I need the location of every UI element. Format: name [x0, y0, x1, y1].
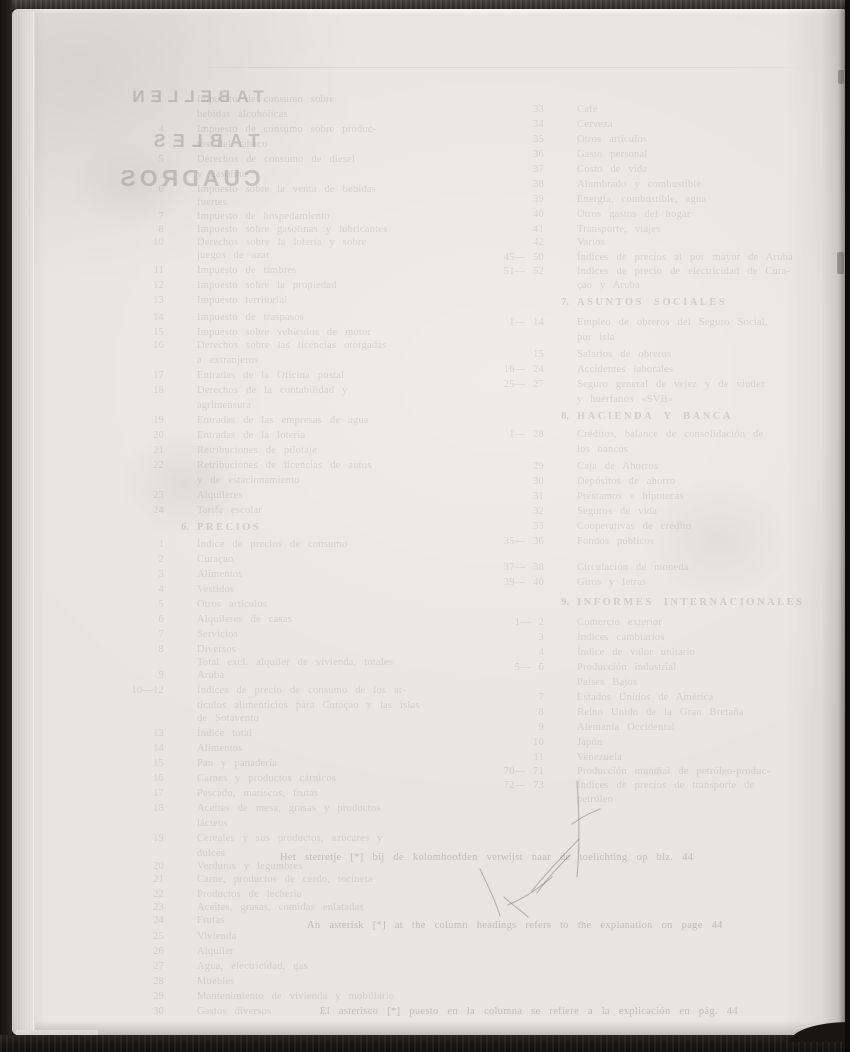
- ghost-table-number: 16: [109, 340, 164, 352]
- ghost-table-number: 41: [489, 224, 544, 236]
- ghost-text-line: 23Alquileres: [197, 490, 459, 502]
- ghost-text-line: 21Carne, productos de cerdo, tocineta: [197, 874, 459, 886]
- ghost-table-number: 3: [489, 632, 544, 644]
- ghost-line-text: Índices de precio de electricidad de Cur…: [577, 266, 790, 277]
- ghost-text-line: fuertes: [197, 197, 459, 209]
- ghost-table-number: 21: [109, 445, 164, 457]
- ghost-text-line: 6Impuesto sobre la venta de bebidas: [197, 184, 459, 196]
- ghost-table-number: 9.: [549, 597, 569, 609]
- ghost-line-text: Gastos diversos: [197, 1006, 271, 1017]
- ghost-table-number: 14: [109, 743, 164, 755]
- ghost-table-number: 13: [109, 295, 164, 307]
- ghost-text-line: 11Venezuela: [577, 752, 845, 764]
- ghost-text-line: 24Tarifa escolar: [197, 505, 459, 517]
- ghost-text-line: 11Impuesto de timbres: [197, 265, 459, 277]
- ghost-table-number: 11: [109, 265, 164, 277]
- ghost-line-text: Impuesto sobre vehículos de motor: [197, 327, 371, 338]
- ghost-line-text: Alquileres: [197, 490, 243, 501]
- ghost-text-line: 45— 50Índices de precios al por mayor de…: [577, 252, 845, 264]
- ghost-line-text: los bancos: [577, 444, 628, 455]
- ghost-text-line: 1— 28Créditos, balance de consolidación …: [577, 429, 845, 441]
- ghost-line-text: Índice de valor unitario: [577, 647, 695, 658]
- ghost-line-text: Producción industrial: [577, 662, 676, 673]
- ghost-line-text: Servicios: [197, 629, 238, 640]
- ghost-text-line: agrimensura: [197, 400, 459, 412]
- ghost-text-line: 1Índice de precios de consumo: [197, 539, 459, 551]
- ghost-line-text: Cerveza: [577, 119, 613, 130]
- book-cover-bottom-edge: [0, 1035, 850, 1052]
- ghost-table-number: 27: [109, 961, 164, 973]
- ghost-line-text: Impuesto de timbres: [197, 265, 297, 276]
- ghost-table-number: 18: [109, 803, 164, 815]
- ghost-text-line: 10Derechos sobre la lotería y sobre: [197, 237, 459, 249]
- ghost-line-text: Energía, combustible, agua: [577, 194, 706, 205]
- ghost-line-text: Créditos, balance de consolidación de: [577, 429, 763, 440]
- ghost-table-number: 6.: [169, 522, 189, 534]
- ghost-line-text: bebidas alcohólicas: [197, 109, 288, 120]
- ghost-text-line: 35Otros artículos: [577, 134, 845, 146]
- ghost-text-line: 20Entradas de la lotería: [197, 430, 459, 442]
- ghost-table-number: 8.: [549, 411, 569, 423]
- ghost-table-number: 1— 14: [489, 317, 544, 329]
- ghost-line-text: Depósitos de ahorro: [577, 476, 675, 487]
- ghost-table-number: 39— 40: [489, 577, 544, 589]
- page-edge-notch: [837, 252, 844, 274]
- ghost-line-text: Impuesto de traspasos: [197, 312, 304, 323]
- ghost-table-number: 12: [109, 280, 164, 292]
- ghost-text-line: juegos de azar: [197, 250, 459, 262]
- ghost-text-line: 18Derechos de la contabilidad y: [197, 385, 459, 397]
- ghost-table-number: 45— 50: [489, 252, 544, 264]
- ghost-table-number: 35— 36: [489, 536, 544, 548]
- ghost-line-text: Impuesto territorial: [197, 295, 287, 306]
- ghost-line-text: Circulación de moneda: [577, 562, 689, 573]
- ghost-table-number: 15: [109, 327, 164, 339]
- ghost-text-line: 29Caja de Ahorros: [577, 461, 845, 473]
- ghost-line-text: Pan y panadería: [197, 758, 277, 769]
- ghost-text-line: 39— 40Giros y letras: [577, 577, 845, 589]
- ghost-line-text: Derechos de la contabilidad y: [197, 385, 348, 396]
- ghost-line-text: Reino Unido de la Gran Bretaña: [577, 707, 744, 718]
- ghost-line-text: Gasto personal: [577, 149, 648, 160]
- ghost-line-text: a extranjeros: [197, 355, 259, 366]
- ghost-text-line: 16— 24Accidentes laborales: [577, 364, 845, 376]
- ghost-table-number: 11: [489, 752, 544, 764]
- ghost-table-number: 40: [489, 209, 544, 221]
- ghost-table-number: 38: [489, 179, 544, 191]
- ghost-line-text: INFORMES INTERNACIONALES: [577, 597, 804, 608]
- ghost-line-text: Total excl. alquiler de vivienda, totale…: [197, 657, 393, 668]
- ghost-text-line: 7Impuesto de hospedamiento: [197, 211, 459, 223]
- ghost-text-line: lácteos: [197, 818, 459, 830]
- ghost-table-number: 15: [489, 349, 544, 361]
- ghost-text-line: 15Salarios de obreros: [577, 349, 845, 361]
- ghost-line-text: tos del tabaco: [197, 139, 268, 150]
- ghost-text-line: 14Alimentos: [197, 743, 459, 755]
- ghost-line-text: Comercio exterior: [577, 617, 662, 628]
- ghost-text-line: 8Reino Unido de la Gran Bretaña: [577, 707, 845, 719]
- ghost-table-number: 3: [109, 569, 164, 581]
- ghost-table-number: 39: [489, 194, 544, 206]
- ghost-table-number: 22: [109, 460, 164, 472]
- ghost-text-line: 3Alimentos: [197, 569, 459, 581]
- ghost-table-number: 7: [109, 211, 164, 223]
- ghost-line-text: fuertes: [197, 197, 227, 208]
- ghost-line-text: Impuesto sobre la propiedad: [197, 280, 337, 291]
- ghost-text-line: los bancos: [577, 444, 845, 456]
- ghost-table-number: 19: [109, 415, 164, 427]
- ghost-line-text: Empleo de obreros del Seguro Social,: [577, 317, 768, 328]
- ghost-line-text: Costo de vida: [577, 164, 647, 175]
- ghost-section-header: 7.ASUNTOS SOCIALES: [577, 297, 845, 309]
- ghost-section-header: 9.INFORMES INTERNACIONALES: [577, 597, 845, 609]
- ghost-line-text: Varios: [577, 237, 605, 248]
- ghost-line-text: Giros y letras: [577, 577, 646, 588]
- ghost-line-text: Alquileres de casas: [197, 614, 292, 625]
- ghost-table-number: 9: [109, 670, 164, 682]
- pencil-scribble: [452, 764, 652, 934]
- ghost-text-line: 36Gasto personal: [577, 149, 845, 161]
- ghost-table-number: 51— 52: [489, 266, 544, 278]
- ghost-line-text: Entradas de la lotería: [197, 430, 305, 441]
- ghost-line-text: Derechos de consumo de diesel: [197, 154, 355, 165]
- ghost-table-number: 1— 28: [489, 429, 544, 441]
- ghost-line-text: lácteos: [197, 818, 228, 829]
- ghost-text-line: 33Cooperativas de crédito: [577, 521, 845, 533]
- ghost-line-text: Impuesto sobre la venta de bebidas: [197, 184, 376, 195]
- ghost-table-number: 35: [489, 134, 544, 146]
- ghost-line-text: Productos de lechería: [197, 889, 302, 900]
- page-edge-stack: [12, 11, 35, 1035]
- ghost-text-line: 16Carnes y productos cárnicos: [197, 773, 459, 785]
- ghost-text-line: bebidas alcohólicas: [197, 109, 459, 121]
- blank-page: TABELLENTABLESCUADROS Impuesto de consum…: [12, 9, 845, 1035]
- ghost-text-line: 2Curaçao: [197, 554, 459, 566]
- ghost-line-text: Aceites de mesa, grasas y productos: [197, 803, 381, 814]
- ghost-table-number: 10—12: [109, 685, 164, 697]
- page-crease: [184, 67, 820, 68]
- ghost-table-number: 29: [489, 461, 544, 473]
- ghost-text-line: 38Alumbrado y combustible: [577, 179, 845, 191]
- ghost-text-line: 39Energía, combustible, agua: [577, 194, 845, 206]
- ghost-line-text: Japón: [577, 737, 603, 748]
- ghost-table-number: 14: [109, 312, 164, 324]
- ghost-text-line: 19Entradas de las empresas de agua: [197, 415, 459, 427]
- ghost-line-text: dulces: [197, 848, 225, 859]
- ghost-text-line: 16Derechos sobre las licencias otorgadas: [197, 340, 459, 352]
- ghost-line-text: Tarifa escolar: [197, 505, 262, 516]
- ghost-line-text: Índice de precios de consumo: [197, 539, 347, 550]
- ghost-table-number: 15: [109, 758, 164, 770]
- ghost-text-line: 51— 52Índices de precio de electricidad …: [577, 266, 845, 278]
- ghost-text-line: 32Seguros de vida: [577, 506, 845, 518]
- ghost-line-text: HACIENDA Y BANCA: [577, 411, 733, 422]
- ghost-text-line: 40Otros gastos del hogar: [577, 209, 845, 221]
- ghost-table-number: 29: [109, 991, 164, 1003]
- ghost-text-line: 5Otros artículos: [197, 599, 459, 611]
- ghost-text-line: 7Servicios: [197, 629, 459, 641]
- ghost-table-number: 32: [489, 506, 544, 518]
- ghost-table-number: 24: [109, 505, 164, 517]
- ghost-section-header: 8.HACIENDA Y BANCA: [577, 411, 845, 423]
- ghost-line-text: y huérfanos «SVB»: [577, 394, 673, 405]
- ghost-text-line: 28Muebles: [197, 976, 459, 988]
- ghost-table-number: 7: [109, 629, 164, 641]
- ghost-table-number: 10: [109, 237, 164, 249]
- ghost-text-line: 25— 27Seguro general de vejez y de viude…: [577, 379, 845, 391]
- ghost-line-text: Impuesto de consumo sobre produc-: [197, 124, 376, 135]
- ghost-text-line: 19Cereales y sus productos, azúcares y: [197, 833, 459, 845]
- ghost-text-line: 13Impuesto territorial: [197, 295, 459, 307]
- ghost-text-line: tículos alimenticios para Curaçao y las …: [197, 700, 459, 712]
- page-edge-notch: [838, 70, 844, 84]
- ghost-line-text: çao y Aruba: [577, 280, 640, 291]
- ghost-text-line: 26Alquiler: [197, 946, 459, 958]
- ghost-table-number: 24: [109, 915, 164, 927]
- ghost-text-line: 30Depósitos de ahorro: [577, 476, 845, 488]
- ghost-text-line: 10—12Índices de precio de consumo de los…: [197, 685, 459, 697]
- ghost-text-line: 22Retribuciones de licencias de autos: [197, 460, 459, 472]
- ghost-table-number: 8: [109, 644, 164, 656]
- ghost-text-line: Impuesto de consumo sobre: [197, 94, 459, 106]
- ghost-line-text: Transporte, viajes: [577, 224, 660, 235]
- ghost-text-line: 27Agua, electricidad, gas: [197, 961, 459, 973]
- ghost-table-number: 1— 2: [489, 617, 544, 629]
- ghost-table-number: 42: [489, 237, 544, 249]
- ghost-text-line: 14Impuesto de traspasos: [197, 312, 459, 324]
- ghost-text-line: 6Alquileres de casas: [197, 614, 459, 626]
- ghost-text-line: 41Transporte, viajes: [577, 224, 845, 236]
- ghost-line-text: Seguros de vida: [577, 506, 657, 517]
- ghost-text-line: 5Derechos de consumo de diesel: [197, 154, 459, 166]
- ghost-table-number: 7: [489, 692, 544, 704]
- ghost-line-text: Alquiler: [197, 946, 234, 957]
- ghost-text-line: 9Aruba: [197, 670, 459, 682]
- ghost-table-number: 36: [489, 149, 544, 161]
- ghost-line-text: juegos de azar: [197, 250, 270, 261]
- ghost-text-line: 8Impuesto sobre gasolinas y lubricantes: [197, 224, 459, 236]
- ghost-table-number: 25— 27: [489, 379, 544, 391]
- ghost-line-text: Pescado, mariscos, frutas: [197, 788, 318, 799]
- ghost-text-line: y de estacionamiento: [197, 475, 459, 487]
- ghost-text-line: a extranjeros: [197, 355, 459, 367]
- ghost-line-text: Derechos sobre las licencias otorgadas: [197, 340, 387, 351]
- ghost-line-text: ASUNTOS SOCIALES: [577, 297, 727, 308]
- ghost-table-number: 17: [109, 370, 164, 382]
- ghost-table-number: 1: [109, 539, 164, 551]
- ghost-text-line: 42Varios: [577, 237, 845, 249]
- ghost-table-number: 4: [489, 647, 544, 659]
- ghost-text-line: de Sotavento: [197, 713, 459, 725]
- ghost-table-number: 33: [489, 104, 544, 116]
- ghost-table-number: 25: [109, 931, 164, 943]
- ghost-text-line: 31Préstamos e hipotecas: [577, 491, 845, 503]
- ghost-text-line: 8Diversos: [197, 644, 459, 656]
- ghost-text-line: 10Japón: [577, 737, 845, 749]
- ghost-line-text: Carnes y productos cárnicos: [197, 773, 336, 784]
- ghost-text-line: 4Impuesto de consumo sobre produc-: [197, 124, 459, 136]
- ghost-text-line: 37— 38Circulación de moneda: [577, 562, 845, 574]
- ghost-line-text: Alemania Occidental: [577, 722, 675, 733]
- ghost-line-text: Impuesto sobre gasolinas y lubricantes: [197, 224, 387, 235]
- ghost-text-line: 12Impuesto sobre la propiedad: [197, 280, 459, 292]
- ghost-line-text: Índices de precio de consumo de los ar-: [197, 685, 406, 696]
- ghost-table-number: 18: [109, 385, 164, 397]
- ghost-line-text: Seguro general de vejez y de viudez: [577, 379, 766, 390]
- ghost-line-text: agrimensura: [197, 400, 251, 411]
- ghost-text-line: 15Impuesto sobre vehículos de motor: [197, 327, 459, 339]
- ghost-table-number: 20: [109, 861, 164, 873]
- ghost-text-line: çao y Aruba: [577, 280, 845, 292]
- ghost-section-header: 6.PRECIOS: [197, 522, 459, 534]
- ghost-table-number: 4: [109, 584, 164, 596]
- ghost-table-number: 5: [109, 154, 164, 166]
- ghost-line-text: Muebles: [197, 976, 235, 987]
- ghost-text-line: Países Bajos: [577, 677, 845, 689]
- ghost-table-number: 30: [109, 1006, 164, 1018]
- ghost-line-text: Aceites, grasas, comidas enlatadas: [197, 902, 364, 913]
- ghost-table-number: 37: [489, 164, 544, 176]
- ghost-line-text: Otros artículos: [197, 599, 267, 610]
- ghost-line-text: de Sotavento: [197, 713, 259, 724]
- ghost-line-text: Países Bajos: [577, 677, 637, 688]
- ghost-line-text: Otros artículos: [577, 134, 647, 145]
- ghost-table-number: 8: [489, 707, 544, 719]
- ghost-table-number: 5: [109, 599, 164, 611]
- ghost-table-number: 10: [489, 737, 544, 749]
- ghost-line-text: Café: [577, 104, 598, 115]
- ghost-text-line: 35— 36Fondos públicos: [577, 536, 845, 548]
- ghost-text-line: 5— 6Producción industrial: [577, 662, 845, 674]
- ghost-line-text: Caja de Ahorros: [577, 461, 658, 472]
- ghost-line-text: Estados Unidos de América: [577, 692, 713, 703]
- ghost-table-number: 16— 24: [489, 364, 544, 376]
- ghost-line-text: Impuesto de consumo sobre: [197, 94, 335, 105]
- ghost-table-number: 30: [489, 476, 544, 488]
- ghost-note-line: El asterisco [*] puesto en la columna se…: [320, 1006, 738, 1017]
- ghost-table-number: 20: [109, 430, 164, 442]
- ghost-line-text: y gasolina: [197, 169, 247, 180]
- ghost-line-text: Aruba: [197, 670, 224, 681]
- ghost-table-number: 26: [109, 946, 164, 958]
- ghost-line-text: Venezuela: [577, 752, 622, 763]
- ghost-table-number: 4: [109, 124, 164, 136]
- ghost-line-text: Índice total: [197, 728, 252, 739]
- ghost-table-number: 37— 38: [489, 562, 544, 574]
- ghost-text-line: 15Pan y panadería: [197, 758, 459, 770]
- ghost-line-text: Accidentes laborales: [577, 364, 673, 375]
- ghost-text-line: 23Aceites, grasas, comidas enlatadas: [197, 902, 459, 914]
- ghost-line-text: Alimentos: [197, 569, 243, 580]
- ghost-line-text: Entradas de las empresas de agua: [197, 415, 369, 426]
- ghost-line-text: Alumbrado y combustible: [577, 179, 701, 190]
- ghost-line-text: Vestidos: [197, 584, 234, 595]
- ghost-text-line: 1— 2Comercio exterior: [577, 617, 845, 629]
- ghost-line-text: Curaçao: [197, 554, 233, 565]
- ghost-table-number: 2: [109, 554, 164, 566]
- ghost-text-line: 37Costo de vida: [577, 164, 845, 176]
- ghost-line-text: Préstamos e hipotecas: [577, 491, 684, 502]
- book-cover-left-edge: [0, 0, 12, 1052]
- ghost-table-number: 33: [489, 521, 544, 533]
- ghost-line-text: Cereales y sus productos, azúcares y: [197, 833, 383, 844]
- ghost-table-number: 21: [109, 874, 164, 886]
- ghost-table-number: 13: [109, 728, 164, 740]
- ghost-text-line: 18Aceites de mesa, grasas y productos: [197, 803, 459, 815]
- ghost-line-text: Índices cambiarios: [577, 632, 665, 643]
- ghost-line-text: Otros gastos del hogar: [577, 209, 691, 220]
- ghost-line-text: Retribuciones de pilotaje: [197, 445, 317, 456]
- ghost-text-line: 33Café: [577, 104, 845, 116]
- ghost-text-line: y huérfanos «SVB»: [577, 394, 845, 406]
- ghost-text-line: 25Vivienda: [197, 931, 459, 943]
- ghost-table-number: 23: [109, 490, 164, 502]
- ghost-table-number: 7.: [549, 297, 569, 309]
- ghost-line-text: Carne, productos de cerdo, tocineta: [197, 874, 373, 885]
- ghost-text-line: 13Índice total: [197, 728, 459, 740]
- ghost-table-number: 28: [109, 976, 164, 988]
- ghost-line-text: Mantenimiento de vivienda y mobiliario: [197, 991, 394, 1002]
- ghost-table-number: 22: [109, 889, 164, 901]
- ghost-text-line: y gasolina: [197, 169, 459, 181]
- ghost-text-line: tos del tabaco: [197, 139, 459, 151]
- ghost-line-text: Cooperativas de crédito: [577, 521, 691, 532]
- ghost-table-number: 6: [109, 614, 164, 626]
- ghost-text-line: 34Cerveza: [577, 119, 845, 131]
- ghost-text-line: 9Alemania Occidental: [577, 722, 845, 734]
- ghost-text-line: 29Mantenimiento de vivienda y mobiliario: [197, 991, 459, 1003]
- ghost-text-line: 4Vestidos: [197, 584, 459, 596]
- ghost-table-number: 31: [489, 491, 544, 503]
- ghost-line-text: Índices de precios al por mayor de Aruba: [577, 252, 793, 263]
- ghost-text-line: 3Índices cambiarios: [577, 632, 845, 644]
- ghost-text-line: 1— 14Empleo de obreros del Seguro Social…: [577, 317, 845, 329]
- ghost-line-text: y de estacionamiento: [197, 475, 300, 486]
- ghost-text-line: por isla: [577, 332, 845, 344]
- ghost-line-text: Salarios de obreros: [577, 349, 671, 360]
- ghost-line-text: Derechos sobre la lotería y sobre: [197, 237, 367, 248]
- ghost-text-line: 4Índice de valor unitario: [577, 647, 845, 659]
- ghost-table-number: 5— 6: [489, 662, 544, 674]
- ghost-text-line: 22Productos de lechería: [197, 889, 459, 901]
- ghost-table-number: 34: [489, 119, 544, 131]
- ghost-line-text: Frutas: [197, 915, 224, 926]
- ghost-line-text: Agua, electricidad, gas: [197, 961, 308, 972]
- ghost-line-text: Diversos: [197, 644, 236, 655]
- scanned-book-page-photo: TABELLENTABLESCUADROS Impuesto de consum…: [0, 0, 850, 1052]
- ghost-line-text: Retribuciones de licencias de autos: [197, 460, 372, 471]
- ghost-table-number: 8: [109, 224, 164, 236]
- book-spine-right-edge: [845, 0, 850, 1052]
- ghost-table-number: 23: [109, 902, 164, 914]
- ghost-text-line: 17Pescado, mariscos, frutas: [197, 788, 459, 800]
- ghost-line-text: Impuesto de hospedamiento: [197, 211, 330, 222]
- ghost-line-text: Fondos públicos: [577, 536, 654, 547]
- ghost-table-number: 16: [109, 773, 164, 785]
- ghost-text-line: Total excl. alquiler de vivienda, totale…: [197, 657, 459, 669]
- ghost-line-text: Alimentos: [197, 743, 243, 754]
- ghost-table-number: 19: [109, 833, 164, 845]
- ghost-text-line: 17Entradas de la Oficina postal: [197, 370, 459, 382]
- ghost-table-number: 9: [489, 722, 544, 734]
- ghost-text-line: 7Estados Unidos de América: [577, 692, 845, 704]
- ghost-line-text: Entradas de la Oficina postal: [197, 370, 344, 381]
- ghost-text-line: 21Retribuciones de pilotaje: [197, 445, 459, 457]
- ghost-line-text: tículos alimenticios para Curaçao y las …: [197, 700, 420, 711]
- ghost-line-text: Vivienda: [197, 931, 236, 942]
- ghost-line-text: por isla: [577, 332, 615, 343]
- ghost-line-text: PRECIOS: [197, 522, 261, 533]
